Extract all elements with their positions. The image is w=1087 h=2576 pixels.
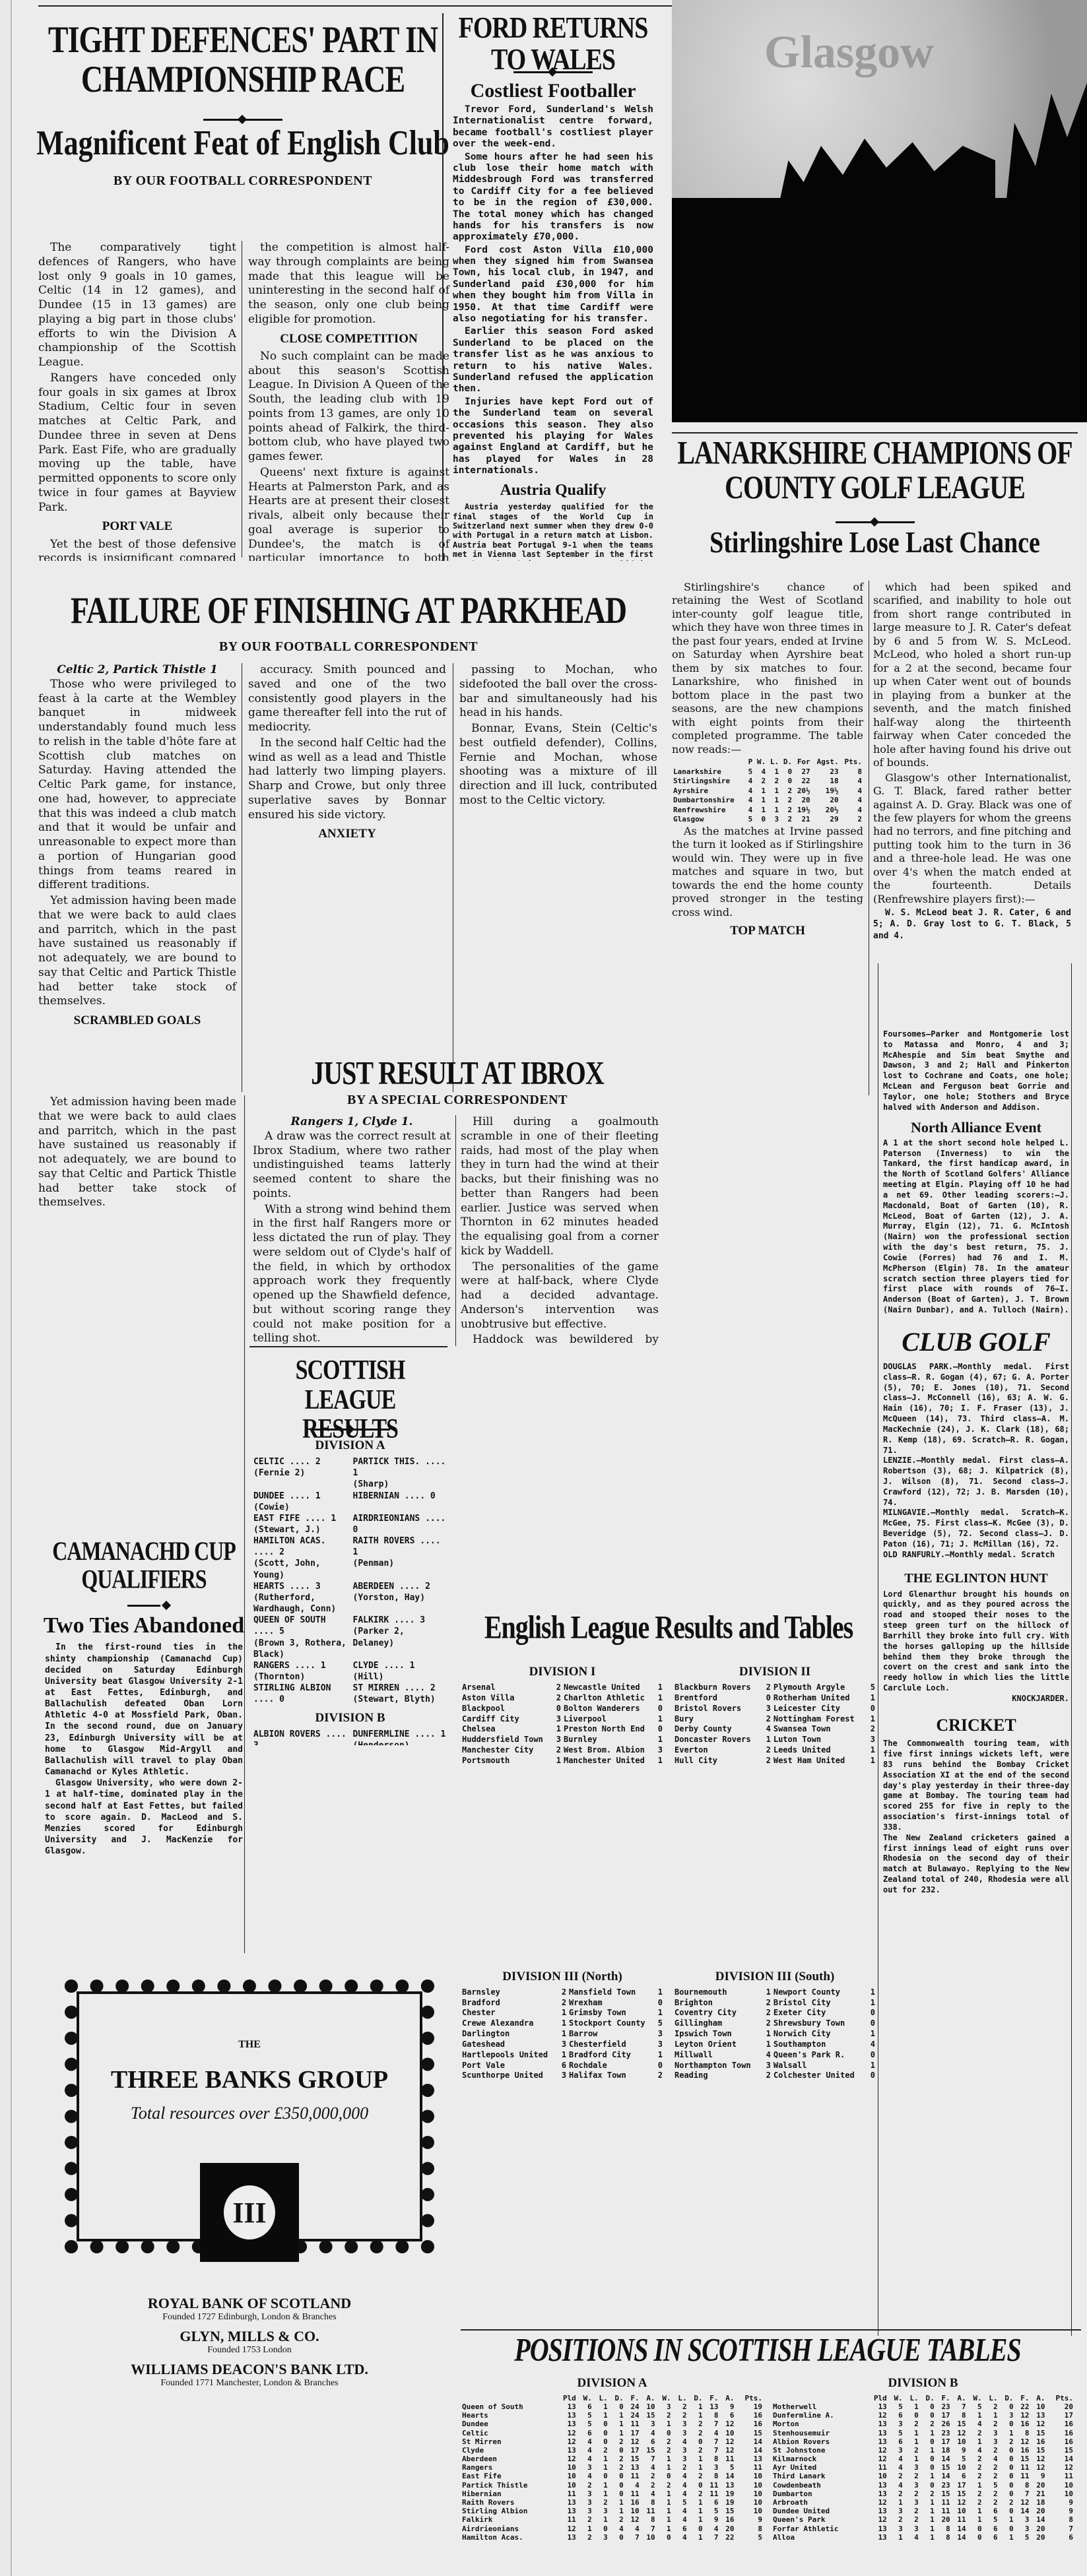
away-score: 1 xyxy=(655,1756,664,1766)
table-cell: 13 xyxy=(867,2525,888,2533)
away-team: Stockport County xyxy=(568,2018,655,2029)
home-score: 2 xyxy=(560,1987,568,1998)
paragraph: Yet the best of those defensive records … xyxy=(38,538,236,561)
table-cell: 9 xyxy=(704,2515,720,2524)
table-row: Falkirk112121281419169 xyxy=(461,2515,764,2524)
home-team: Bradford xyxy=(461,1998,560,2009)
table-cell: 4 xyxy=(840,806,863,816)
subheadline: Magnificent Feat of English Club xyxy=(32,124,454,162)
table-cell: Cowdenbeath xyxy=(772,2481,867,2490)
bank-name: WILLIAMS DEACON'S BANK LTD. xyxy=(78,2361,421,2378)
paragraph: Bonnar, Evans, Stein (Celtic's best outf… xyxy=(459,722,657,808)
home-team: Bristol Rovers xyxy=(673,1704,764,1714)
paragraph: Hill during a goalmouth scramble in one … xyxy=(461,1115,659,1259)
table-cell: 1 xyxy=(657,2490,673,2498)
table-cell: 12 xyxy=(867,2411,888,2420)
paragraph: which had been spiked and scarified, and… xyxy=(873,581,1071,770)
table-header: L. xyxy=(767,757,780,767)
table-cell: 3 xyxy=(904,2463,920,2472)
paragraph: Yet admission having been made that we w… xyxy=(38,1095,236,1210)
column-rule xyxy=(869,581,869,1095)
byline: BY OUR FOOTBALL CORRESPONDENT xyxy=(32,639,665,655)
table-cell: 1 xyxy=(999,2429,1015,2437)
table-cell: 13 xyxy=(556,2402,577,2411)
table-cell: 5 xyxy=(888,2402,904,2411)
table-header: D. xyxy=(920,2394,936,2402)
home-score: 1 xyxy=(764,1987,772,1998)
table-cell: Hibernian xyxy=(461,2490,556,2498)
table-cell: 8 xyxy=(840,767,863,777)
table-row: Third Lanark1022114622011911 xyxy=(772,2472,1074,2480)
table-cell: 11 xyxy=(704,2490,720,2498)
table-cell: 1 xyxy=(888,2533,904,2542)
team-score: QUEEN OF SOUTH .... 5 xyxy=(253,1615,348,1637)
table-cell: 2 xyxy=(780,806,793,816)
table-cell: 6 xyxy=(983,2533,999,2542)
away-team: Chesterfield xyxy=(568,2040,655,2050)
table-cell: 13 xyxy=(556,2498,577,2507)
paragraph: Those who were privileged to feast à la … xyxy=(38,678,236,893)
table-cell: 2 xyxy=(673,2411,688,2420)
table-cell: 2 xyxy=(920,2420,936,2428)
away-team: Leeds United xyxy=(772,1745,868,1756)
table-row: Bradford2Wrexham0 xyxy=(461,1998,664,2009)
scorers: (Rutherford, Wardhaugh, Conn) xyxy=(253,1592,348,1615)
table-cell: 2 xyxy=(609,2437,625,2446)
table-row: Arbroath12131111222212189 xyxy=(772,2498,1074,2507)
home-score: 1 xyxy=(764,2029,772,2040)
table-cell: 2 xyxy=(983,2446,999,2455)
team-score: CLYDE .... 1 xyxy=(353,1660,447,1671)
table-row: Kilmarnock12410145240151214 xyxy=(772,2455,1074,2463)
table-cell: 4 xyxy=(746,806,754,816)
table-cell: Dumbarton xyxy=(772,2490,867,2498)
headline: JUST RESULT AT IBROX xyxy=(249,1056,665,1097)
table-cell: 11 xyxy=(936,2507,952,2515)
divider-ornament xyxy=(311,1429,390,1431)
table-row: Reading2Colchester United0 xyxy=(673,2071,876,2081)
league-table-block: DIVISION BPldW.L.D.F.A.W.L.D.F.A.Pts.Mot… xyxy=(772,2372,1074,2542)
table-row: Portsmouth1Manchester United1 xyxy=(461,1756,664,1766)
table-header: F. xyxy=(704,2394,720,2402)
table-cell: 9 xyxy=(952,2446,968,2455)
home-team: Reading xyxy=(673,2071,764,2081)
table-cell: 22 xyxy=(793,777,812,787)
table-cell: 5 xyxy=(952,2455,968,2463)
table-cell: 13 xyxy=(867,2490,888,2498)
table-cell: 6 xyxy=(577,2402,593,2411)
table-row: Leyton Orient1Southampton4 xyxy=(673,2040,876,2050)
table-cell: 2 xyxy=(577,2533,593,2542)
table-cell: 5 xyxy=(1015,2533,1031,2542)
paragraph: the competition is almost half-way throu… xyxy=(248,241,449,327)
table-cell: 12 xyxy=(556,2429,577,2437)
away-score: 3 xyxy=(655,2040,664,2050)
table-cell: 16 xyxy=(1015,2420,1031,2428)
table-cell: 6 xyxy=(641,2437,657,2446)
body-col-2: the competition is almost half-way throu… xyxy=(248,241,449,561)
table-cell: 7 xyxy=(704,2420,720,2428)
paragraph: Trevor Ford, Sunderland's Welsh Internat… xyxy=(453,104,653,150)
home-team: ALBION ROVERS .... 3(Bannon, Crawford, H… xyxy=(253,1729,348,1745)
table-row: Arsenal2Newcastle United1 xyxy=(461,1683,664,1693)
table-cell: 4 xyxy=(577,2472,593,2480)
table-cell: 13 xyxy=(556,2446,577,2455)
table-cell: 16 xyxy=(736,2411,764,2420)
table-cell: 1 xyxy=(920,2525,936,2533)
table-cell: 11 xyxy=(704,2481,720,2490)
table-cell: 0 xyxy=(609,2490,625,2498)
table-cell: 12 xyxy=(720,2437,736,2446)
team-score: STIRLING ALBION .... 0 xyxy=(253,1683,348,1705)
golf-right-column: Foursomes—Parker and Montgomerie lost to… xyxy=(883,1029,1069,2336)
table-cell: 1 xyxy=(657,2463,673,2472)
table-cell: 17 xyxy=(1047,2411,1075,2420)
match-result: QUEEN OF SOUTH .... 5(Brown 3, Rothera, … xyxy=(253,1615,447,1660)
paragraph: Glasgow's other Internationalist, G. T. … xyxy=(873,771,1071,907)
table-header: W. xyxy=(968,2394,983,2402)
team-score: HAMILTON ACAS. .... 2 xyxy=(253,1535,348,1558)
table-header xyxy=(672,757,746,767)
section-heading: ANXIETY xyxy=(248,826,446,842)
match-result: STIRLING ALBION .... 0ST MIRREN .... 2(S… xyxy=(253,1683,447,1705)
table-header: Pts. xyxy=(736,2394,764,2402)
home-score: 2 xyxy=(560,1998,568,2009)
home-team: Port Vale xyxy=(461,2061,560,2071)
table-cell: 1 xyxy=(657,2455,673,2463)
table-cell: 8 xyxy=(936,2525,952,2533)
table-cell: 8 xyxy=(1015,2481,1031,2490)
table-cell: 4 xyxy=(840,796,863,806)
table-cell: 13 xyxy=(867,2481,888,2490)
table-cell: 3 xyxy=(673,2420,688,2428)
table-header-row: PldW.L.D.F.A.W.L.D.F.A.Pts. xyxy=(772,2394,1074,2402)
table-cell: 1 xyxy=(904,2455,920,2463)
table-cell: 1 xyxy=(968,2507,983,2515)
paragraph: Rangers have conceded only four goals in… xyxy=(38,371,236,515)
table-cell: 0 xyxy=(593,2420,609,2428)
table-cell: 3 xyxy=(904,2481,920,2490)
home-team: Brighton xyxy=(673,1998,764,2009)
table-cell: 14 xyxy=(952,2533,968,2542)
table-cell: 0 xyxy=(657,2472,673,2480)
table-cell: 12 xyxy=(556,2525,577,2533)
bank-founded: Founded 1771 Manchester, London & Branch… xyxy=(78,2378,421,2389)
table-cell: 19½ xyxy=(793,806,812,816)
match-score: Rangers 1, Clyde 1. xyxy=(253,1115,451,1130)
body-col-1: Stirlingshire's chance of retaining the … xyxy=(672,581,863,942)
table-cell: 3 xyxy=(888,2446,904,2455)
table-cell: 2 xyxy=(688,2420,704,2428)
scorers: (Stewart, Blyth) xyxy=(353,1694,447,1705)
table-cell: 1 xyxy=(688,2515,704,2524)
table-header: Pld xyxy=(556,2394,577,2402)
bank-founded: Founded 1727 Edinburgh, London & Branche… xyxy=(78,2312,421,2323)
table-cell: 10 xyxy=(952,2437,968,2446)
table-cell: 2 xyxy=(657,2411,673,2420)
section-heading: TOP MATCH xyxy=(672,923,863,939)
table-cell: 2 xyxy=(888,2515,904,2524)
table-row: Bury2Nottingham Forest1 xyxy=(673,1714,876,1725)
away-score: 1 xyxy=(868,1693,876,1704)
section-heading: CRICKET xyxy=(883,1716,1069,1735)
table-cell: 12 xyxy=(720,2446,736,2455)
scorers: (Scott, John, Young) xyxy=(253,1558,348,1580)
table-cell: 13 xyxy=(867,2507,888,2515)
table-cell: 7 xyxy=(1015,2490,1031,2498)
table-cell: 1 xyxy=(593,2463,609,2472)
table-cell: 1 xyxy=(657,2525,673,2533)
table-cell: 7 xyxy=(704,2437,720,2446)
table-row: Glasgow503221292 xyxy=(672,815,863,825)
table-header: W. xyxy=(577,2394,593,2402)
table-cell: 3 xyxy=(673,2455,688,2463)
table-row: Cowdenbeath13430231715082010 xyxy=(772,2481,1074,2490)
table-cell: 3 xyxy=(577,2507,593,2515)
table-cell: 4 xyxy=(746,787,754,796)
home-score: 6 xyxy=(560,2061,568,2071)
division-pair: DIVISION IArsenal2Newcastle United1Aston… xyxy=(461,1659,876,1766)
section-heading: SCRAMBLED GOALS xyxy=(38,1013,236,1029)
table-cell: 2 xyxy=(904,2515,920,2524)
table-cell: 4 xyxy=(754,767,767,777)
table-header: Pts. xyxy=(840,757,863,767)
table-cell: 10 xyxy=(641,2533,657,2542)
away-score: 1 xyxy=(868,1998,876,2009)
team-score: CELTIC .... 2 xyxy=(253,1456,348,1467)
table-cell: St Mirren xyxy=(461,2437,556,2446)
home-team: QUEEN OF SOUTH .... 5(Brown 3, Rothera, … xyxy=(253,1615,348,1660)
table-cell: 23 xyxy=(936,2402,952,2411)
scorers: (Cowie) xyxy=(253,1502,348,1513)
table-row: St Johnstone12321189420161515 xyxy=(772,2446,1074,2455)
team-score: FALKIRK .... 3 xyxy=(353,1615,447,1626)
scorers: (Parker 2, Delaney) xyxy=(353,1626,447,1648)
table-cell: 17 xyxy=(952,2481,968,2490)
table-cell: 3 xyxy=(673,2429,688,2437)
home-score: 2 xyxy=(764,1745,772,1756)
table-cell: 3 xyxy=(904,2525,920,2533)
table-cell: 16 xyxy=(1047,2429,1075,2437)
divider-ornament xyxy=(836,521,915,523)
paragraph: The Commonwealth touring team, with five… xyxy=(883,1739,1069,1832)
table-cell: 1 xyxy=(657,2498,673,2507)
headline: CAMANACHD CUP QUALIFIERS xyxy=(38,1537,249,1603)
table-cell: 8 xyxy=(704,2472,720,2480)
paragraph: Queens' next fixture is against Hearts a… xyxy=(248,466,449,561)
table-row: East Fife1040011204281410 xyxy=(461,2472,764,2480)
table-cell: 0 xyxy=(688,2481,704,2490)
table-cell: 1 xyxy=(593,2402,609,2411)
table-cell: 17 xyxy=(936,2437,952,2446)
away-team: West Brom. Albion xyxy=(562,1745,655,1756)
table-cell: 6 xyxy=(983,2525,999,2533)
table-cell: 2 xyxy=(577,2515,593,2524)
table-row: Forfar Athletic133318140603207 xyxy=(772,2525,1074,2533)
table-row: Brentford0Rotherham United1 xyxy=(673,1693,876,1704)
table-cell: 6 xyxy=(704,2498,720,2507)
table-cell: 1 xyxy=(593,2515,609,2524)
scorers: (Yorston, Hay) xyxy=(353,1592,447,1603)
home-team: Bournemouth xyxy=(673,1987,764,1998)
table-cell: Arbroath xyxy=(772,2498,867,2507)
table-cell: 15 xyxy=(641,2411,657,2420)
body-col-3: passing to Mochan, who sidefooted the ba… xyxy=(459,663,657,810)
table-cell: 24 xyxy=(625,2402,641,2411)
table-cell: 12 xyxy=(867,2498,888,2507)
table-cell: 4 xyxy=(625,2525,641,2533)
bank-pillars-icon: III xyxy=(224,2185,275,2239)
table-cell: 7 xyxy=(952,2402,968,2411)
table-cell: 0 xyxy=(609,2446,625,2455)
home-score: 1 xyxy=(560,2008,568,2018)
table-cell: 8 xyxy=(641,2515,657,2524)
table-cell: 2 xyxy=(577,2481,593,2490)
table-cell: 16 xyxy=(1047,2437,1075,2446)
table-cell: Albion Rovers xyxy=(772,2437,867,2446)
table-row: Dundee1350111313271216 xyxy=(461,2420,764,2428)
table-cell: 3 xyxy=(904,2498,920,2507)
table-cell: 0 xyxy=(609,2472,625,2480)
table-cell: 6 xyxy=(673,2525,688,2533)
table-cell: 1 xyxy=(904,2429,920,2437)
table-cell: 20 xyxy=(1031,2525,1047,2533)
division-block: DIVISION III (South)Bournemouth1Newport … xyxy=(673,1964,876,2082)
table-row: Queen of South13610241032113919 xyxy=(461,2402,764,2411)
column-rule xyxy=(244,1095,245,1953)
table-cell: 9 xyxy=(1031,2472,1047,2480)
division-heading: DIVISION A xyxy=(461,2376,764,2391)
divider-ornament xyxy=(513,71,593,73)
team-score: DUNFERMLINE .... 1 xyxy=(353,1729,447,1740)
team-score: ALBION ROVERS .... 3 xyxy=(253,1729,348,1745)
away-team: Shrewsbury Town xyxy=(772,2018,868,2029)
table-cell: 0 xyxy=(920,2463,936,2472)
table-cell: 0 xyxy=(657,2533,673,2542)
table-cell: 4 xyxy=(746,796,754,806)
table-cell: 1 xyxy=(657,2507,673,2515)
away-team: Newport County xyxy=(772,1987,868,1998)
home-score: 1 xyxy=(764,1735,772,1745)
table-cell: 10 xyxy=(736,2490,764,2498)
table-cell: 14 xyxy=(720,2472,736,2480)
table-cell: 2 xyxy=(840,815,863,825)
paragraph: Austria yesterday qualified for the fina… xyxy=(453,502,653,561)
table-row: Port Vale6Rochdale0 xyxy=(461,2061,664,2071)
table-cell: 1 xyxy=(688,2498,704,2507)
table-row: Aston Villa2Charlton Athletic1 xyxy=(461,1693,664,1704)
table-cell: 11 xyxy=(556,2490,577,2498)
table-cell: 0 xyxy=(999,2420,1015,2428)
table-cell: 4 xyxy=(968,2420,983,2428)
article-lanarkshire-golf: LANARKSHIRE CHAMPIONS OF COUNTY GOLF LEA… xyxy=(672,435,1078,1095)
table-cell: Falkirk xyxy=(461,2515,556,2524)
table-row: Raith Rovers1332116815161910 xyxy=(461,2498,764,2507)
table-cell: 11 xyxy=(936,2498,952,2507)
table-cell: 11 xyxy=(641,2507,657,2515)
home-team: Everton xyxy=(673,1745,764,1756)
headline: SCOTTISH LEAGUE RESULTS xyxy=(265,1356,436,1422)
table-cell: 11 xyxy=(625,2420,641,2428)
photo-background-print: Glasgow xyxy=(764,26,934,79)
away-team: Bolton Wanderers xyxy=(562,1704,655,1714)
table-cell: 5 xyxy=(577,2411,593,2420)
table-cell: 2 xyxy=(968,2455,983,2463)
table-cell: 11 xyxy=(867,2463,888,2472)
table-cell: 1 xyxy=(688,2507,704,2515)
body-col-1: The comparatively tight defences of Rang… xyxy=(38,241,236,561)
table-cell: 4 xyxy=(673,2490,688,2498)
table-cell: 1 xyxy=(888,2498,904,2507)
table-cell: 4 xyxy=(888,2455,904,2463)
table-cell: 14 xyxy=(952,2525,968,2533)
table-cell: 0 xyxy=(609,2533,625,2542)
table-cell: 1 xyxy=(754,806,767,816)
scorers: (Stewart, J.) xyxy=(253,1524,348,1535)
table-cell: 2 xyxy=(920,2490,936,2498)
table-cell: 5 xyxy=(736,2533,764,2542)
table-cell: 8 xyxy=(1047,2515,1075,2524)
paragraph: Stirlingshire's chance of retaining the … xyxy=(672,581,863,756)
division-heading: DIVISION B xyxy=(772,2376,1074,2391)
table-header: A. xyxy=(720,2394,736,2402)
table-cell: 12 xyxy=(952,2498,968,2507)
headline: FORD RETURNS TO WALES xyxy=(457,13,649,69)
table-cell: 4 xyxy=(641,2490,657,2498)
table-cell: 4 xyxy=(904,2533,920,2542)
table-cell: 21 xyxy=(793,815,812,825)
home-score: 2 xyxy=(764,2008,772,2018)
table-cell: 9 xyxy=(1047,2507,1075,2515)
section-rule xyxy=(461,2329,1081,2331)
table-cell: Dumbartonshire xyxy=(672,796,746,806)
table-cell: 4 xyxy=(704,2525,720,2533)
table-cell: 0 xyxy=(999,2402,1015,2411)
table-cell: 15 xyxy=(952,2420,968,2428)
team-score: AIRDRIEONIANS .... 0 xyxy=(353,1513,447,1535)
table-cell: 13 xyxy=(556,2411,577,2420)
home-score: 3 xyxy=(554,1714,562,1725)
table-cell: 1 xyxy=(767,787,780,796)
table-cell: 14 xyxy=(936,2455,952,2463)
paragraph: In the first-round ties in the shinty ch… xyxy=(45,1642,243,1778)
home-team: Blackburn Rovers xyxy=(673,1683,764,1693)
team-score: ABERDEEN .... 2 xyxy=(353,1581,447,1592)
scorers: (Hill) xyxy=(353,1671,447,1683)
scorers: (Fernie 2) xyxy=(253,1467,348,1479)
table-cell: 12 xyxy=(867,2446,888,2455)
table-header: F. xyxy=(936,2394,952,2402)
table-cell: 4 xyxy=(577,2455,593,2463)
table-cell: 1 xyxy=(767,767,780,777)
column-rule xyxy=(1071,963,1072,2336)
table-cell: 26 xyxy=(936,2420,952,2428)
table-cell: 0 xyxy=(780,777,793,787)
away-team: AIRDRIEONIANS .... 0 xyxy=(353,1513,447,1535)
table-cell: 7 xyxy=(641,2525,657,2533)
table-cell: 0 xyxy=(593,2429,609,2437)
table-row: Derby County4Swansea Town2 xyxy=(673,1724,876,1735)
table-row: Millwall4Queen's Park R.0 xyxy=(673,2050,876,2061)
table-cell: Ayrshire xyxy=(672,787,746,796)
team-score: HEARTS .... 3 xyxy=(253,1581,348,1592)
table-row: Airdrieonians12104471604208 xyxy=(461,2525,764,2533)
table-header: D. xyxy=(688,2394,704,2402)
table-row: Chester1Grimsby Town1 xyxy=(461,2008,664,2018)
table-cell: 2 xyxy=(983,2463,999,2472)
paragraph: Injuries have kept Ford out of the Sunde… xyxy=(453,397,653,477)
article-failure-continued: Yet admission having been made that we w… xyxy=(38,1095,236,1570)
